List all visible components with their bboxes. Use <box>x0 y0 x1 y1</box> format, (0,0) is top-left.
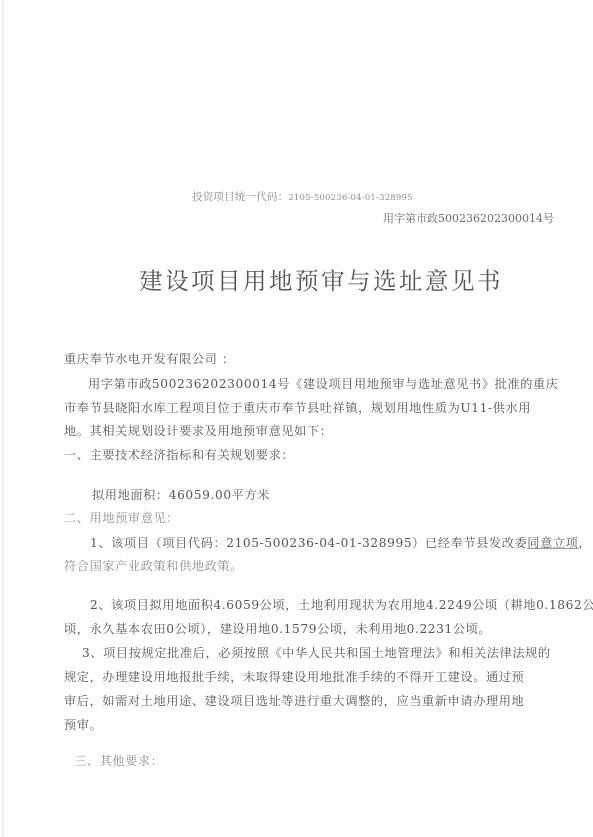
document-number: 用字第市政500236202300014号 <box>383 210 554 226</box>
addressee: 重庆奉节水电开发有限公司 ： <box>64 350 235 367</box>
item-2-line-2: 顷，永久基本农田0公顷），建设用地0.1579公顷，未利用地0.2231公顷。 <box>64 620 491 637</box>
item-3-line-2: 规定，办理建设用地报批手续，未取得建设用地批准手续的不得开工建设。通过预 <box>64 668 524 685</box>
item-1-suffix: ， <box>578 536 591 550</box>
intro-line-3: 地。其相关规划设计要求及用地预审意见如下： <box>64 422 333 439</box>
document-page: 投资项目统一代码：2105-500236-04-01-328995 用字第市政5… <box>0 0 593 837</box>
item-1-prefix: 1、该项目（项目代码：2105-500236-04-01-328995）已经奉节… <box>90 536 527 550</box>
intro-line-2: 市奉节县晓阳水库工程项目位于重庆市奉节县吐祥镇，规划用地性质为U11-供水用 <box>64 399 531 416</box>
investment-code: 投资项目统一代码：2105-500236-04-01-328995 <box>192 189 413 204</box>
item-1-line-1: 1、该项目（项目代码：2105-500236-04-01-328995）已经奉节… <box>90 534 591 551</box>
section-1-heading: 一、主要技术经济指标和有关规划要求： <box>64 446 294 463</box>
scan-edge <box>2 0 4 837</box>
item-1-approval: 同意立项 <box>527 536 578 550</box>
section-3-heading: 三、其他要求： <box>74 752 164 769</box>
item-1-line-2: 符合国家产业政策和供地政策。 <box>64 557 243 574</box>
item-2-line-1: 2、该项目拟用地面积4.6059公顷，土地利用现状为农用地4.2249公顷（耕地… <box>90 596 593 613</box>
investment-code-label: 投资项目统一代码： <box>192 191 288 203</box>
intro-line-1: 用字第市政500236202300014号《建设项目用地预审与选址意见书》批准的… <box>88 375 559 392</box>
item-3-line-4: 预审。 <box>64 716 102 733</box>
item-3-line-3: 审后，如需对土地用途、建设项目选址等进行重大调整的，应当重新申请办理用地 <box>64 692 524 709</box>
document-title: 建设项目用地预审与选址意见书 <box>139 262 503 296</box>
proposed-land-area: 拟用地面积：46059.00平方米 <box>92 486 270 503</box>
section-2-heading: 二、用地预审意见： <box>64 509 179 526</box>
item-3-line-1: 3、项目按规定批准后，必须按照《中华人民共和国土地管理法》和相关法律法规的 <box>82 644 551 661</box>
investment-code-value: 2105-500236-04-01-328995 <box>288 193 412 203</box>
